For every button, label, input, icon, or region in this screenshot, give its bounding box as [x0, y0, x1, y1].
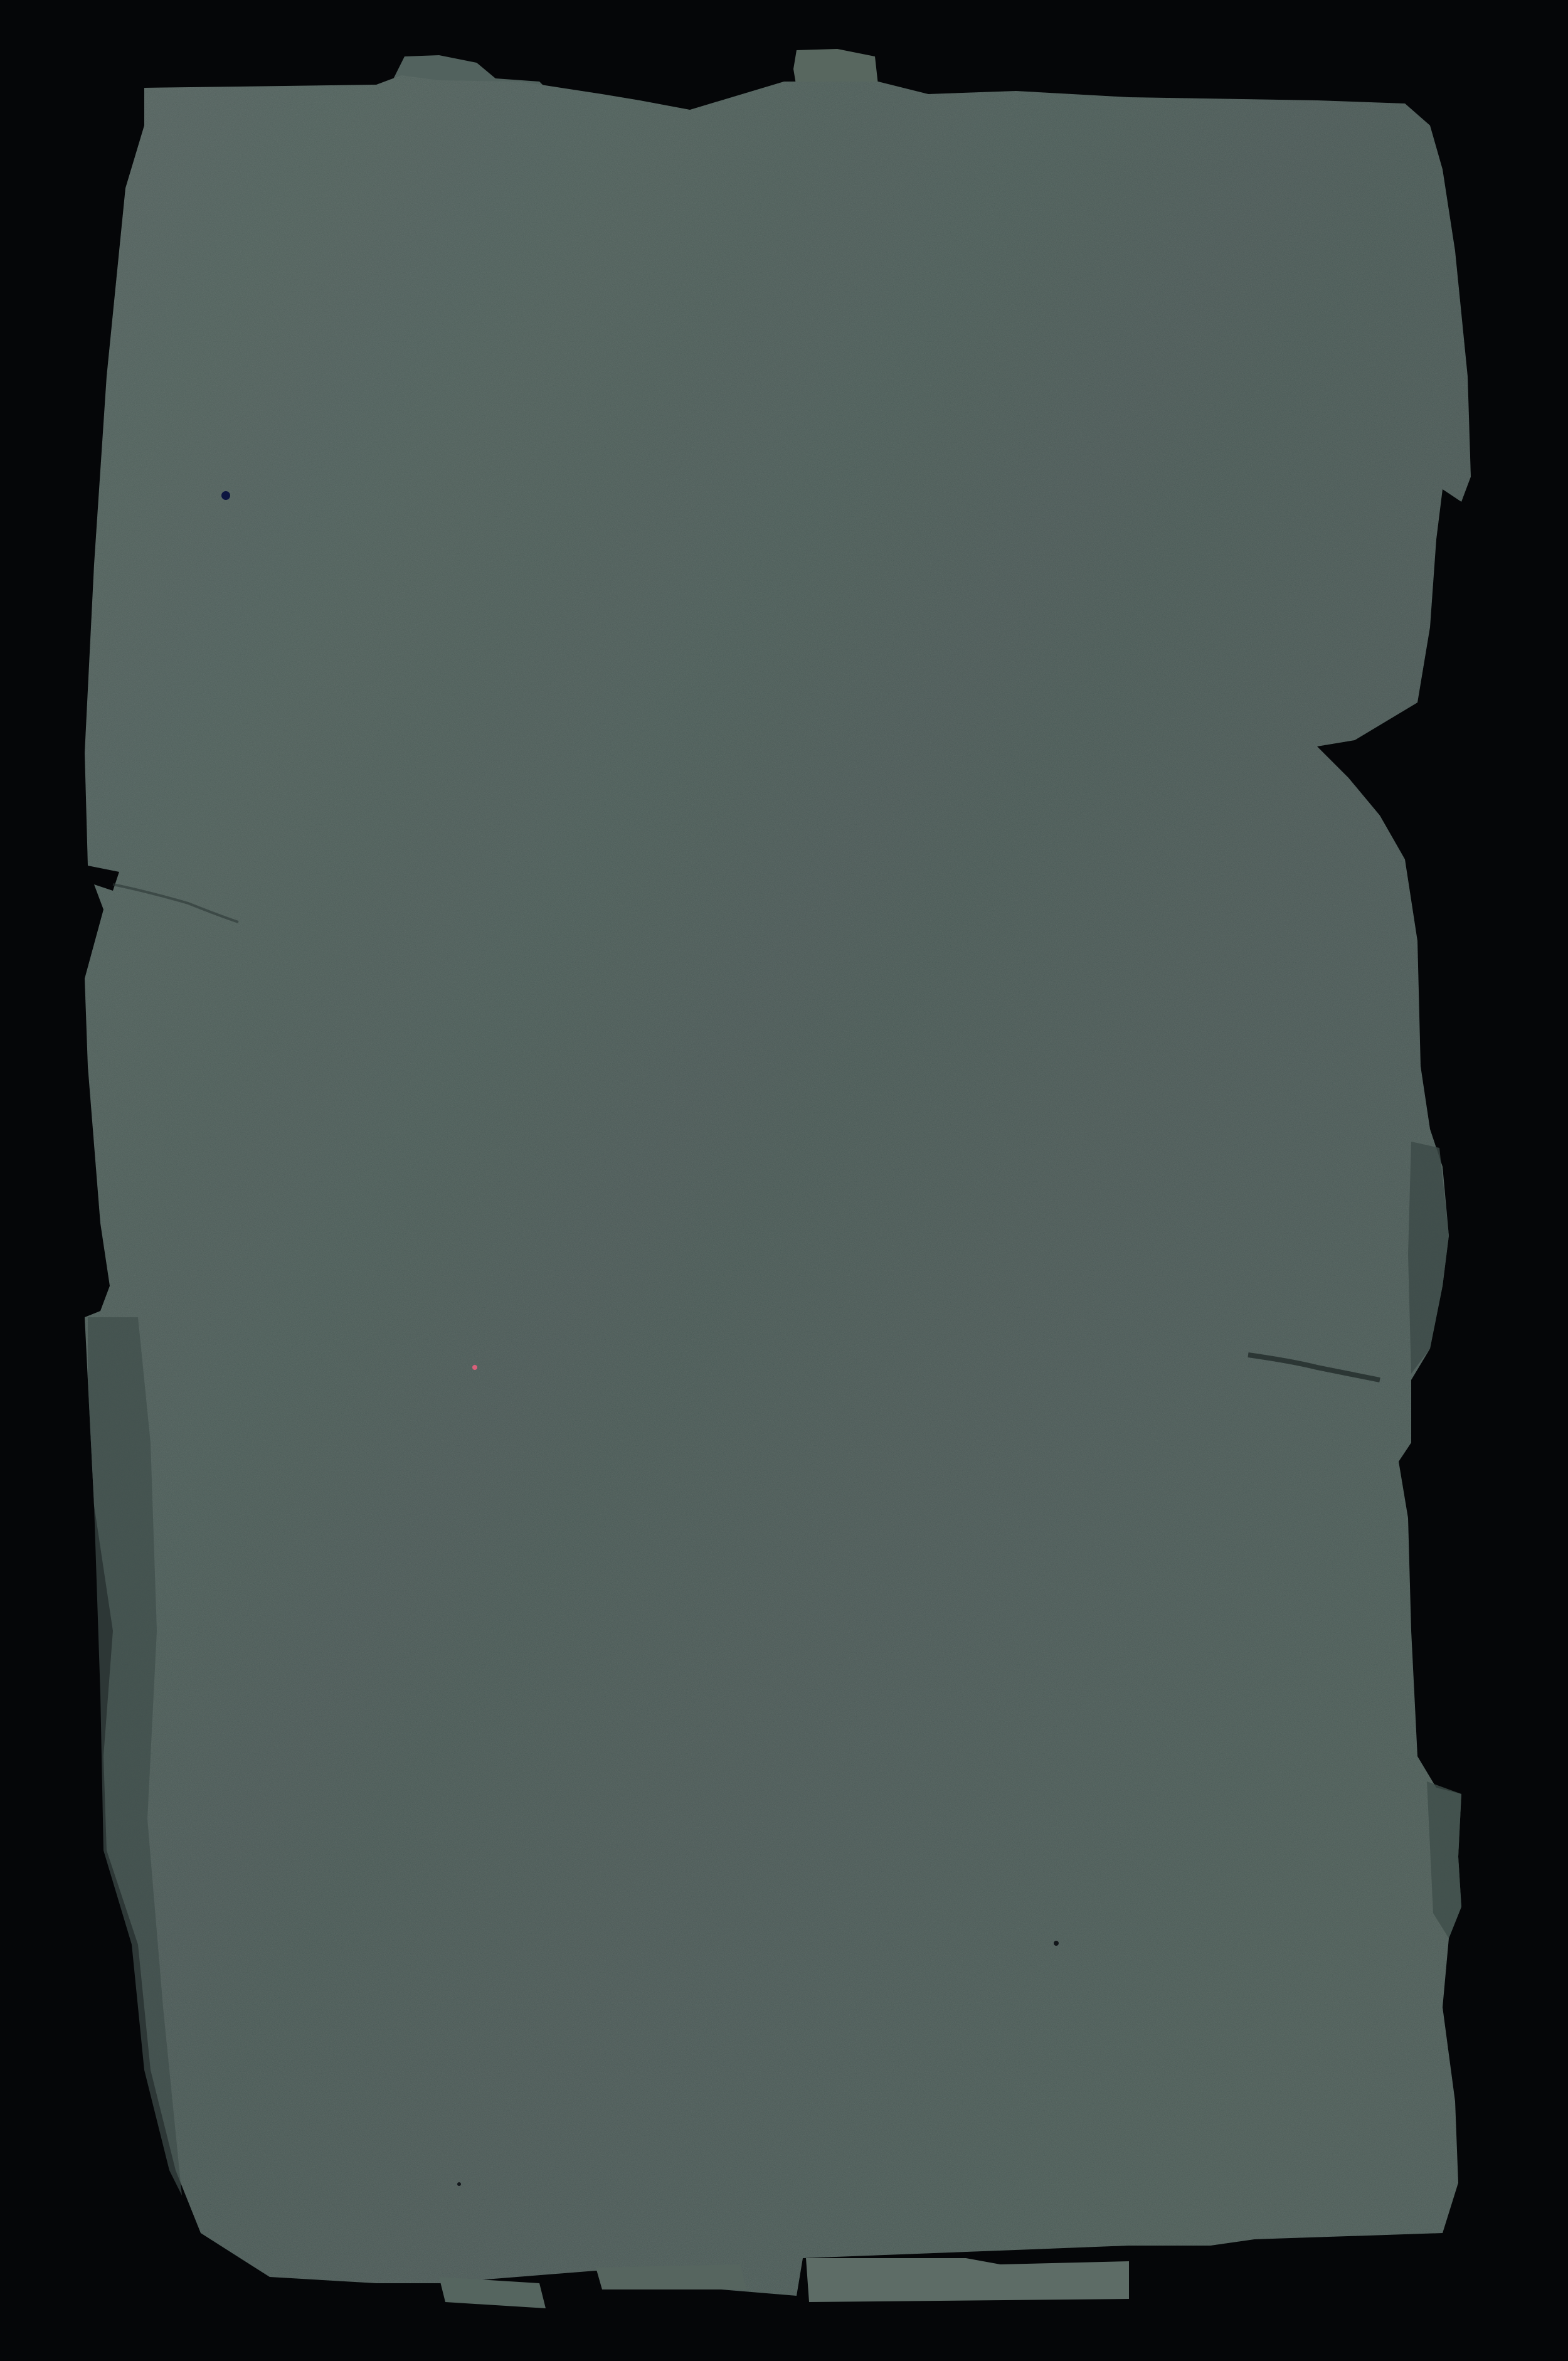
bottom-torn-tab-right [806, 2258, 1129, 2302]
pink-fleck [472, 1365, 477, 1370]
bottom-torn-tab-mid [596, 2264, 746, 2289]
dark-dot [1054, 1941, 1059, 1946]
paper-cover [0, 0, 1568, 2361]
paper-sheet [85, 75, 1471, 2296]
ink-dot [221, 491, 230, 500]
bottom-torn-tab-left [439, 2277, 546, 2308]
dark-dot [457, 2182, 461, 2186]
photo-scene [0, 0, 1568, 2361]
